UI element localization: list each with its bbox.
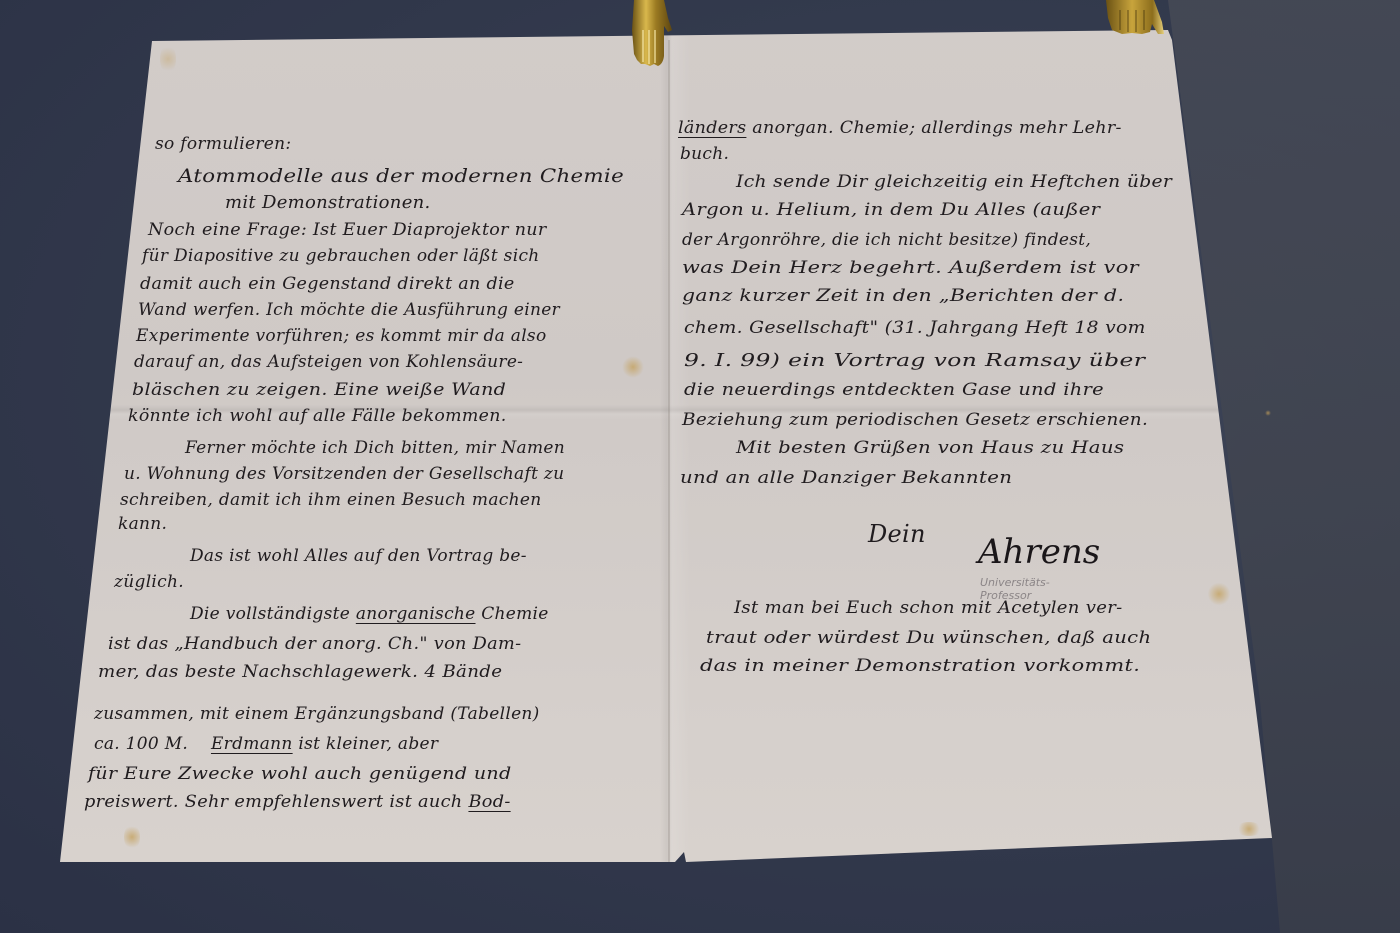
handwritten-line: und an alle Danziger Bekannten: [680, 468, 1012, 488]
handwritten-line: ganz kurzer Zeit in den „Berichten der d…: [682, 286, 1124, 306]
stain-spot: [622, 356, 644, 378]
handwritten-line: Argon u. Helium, in dem Du Alles (außer: [682, 200, 1100, 220]
handwritten-line: was Dein Herz begehrt. Außerdem ist vor: [682, 258, 1139, 278]
postscript-line: Ist man bei Euch schon mit Acetylen ver-: [734, 598, 1123, 618]
handwritten-line: Mit besten Grüßen von Haus zu Haus: [736, 438, 1124, 458]
stain-spot: [1208, 582, 1230, 606]
handwritten-line: könnte ich wohl auf alle Fälle bekommen.: [128, 406, 507, 426]
stain-spot: [1265, 410, 1271, 416]
handwritten-line: Noch eine Frage: Ist Euer Diaprojektor n…: [148, 220, 547, 240]
text-segment: Die vollständigste: [190, 604, 356, 624]
handwritten-line: für Diapositive zu gebrauchen oder läßt …: [142, 246, 540, 266]
handwritten-line: buch.: [680, 144, 729, 164]
handwritten-line: die neuerdings entdeckten Gase und ihre: [684, 380, 1104, 400]
text-segment: Chemie: [476, 604, 549, 624]
handwritten-line: u. Wohnung des Vorsitzenden der Gesellsc…: [124, 464, 564, 484]
underlined-word: Bod-: [468, 792, 510, 812]
underlined-word: länders: [678, 118, 746, 138]
handwritten-line: schreiben, damit ich ihm einen Besuch ma…: [120, 490, 541, 510]
brass-hand-clip-left-icon: [628, 0, 674, 68]
handwritten-line: 9. I. 99) ein Vortrag von Ramsay über: [684, 350, 1145, 371]
handwritten-line: so formulieren:: [155, 134, 291, 154]
handwritten-line: Das ist wohl Alles auf den Vortrag be-: [190, 546, 527, 566]
handwritten-line: bläschen zu zeigen. Eine weiße Wand: [132, 380, 506, 400]
handwritten-line: züglich.: [114, 572, 184, 592]
handwritten-line: Ich sende Dir gleichzeitig ein Heftchen …: [736, 172, 1172, 192]
text-segment: ca. 100 M.: [94, 734, 211, 754]
handwritten-line: Beziehung zum periodischen Gesetz erschi…: [682, 410, 1148, 430]
handwritten-line: damit auch ein Gegenstand direkt an die: [140, 274, 515, 294]
handwritten-line: Die vollständigste anorganische Chemie: [190, 604, 549, 624]
handwritten-line: mer, das beste Nachschlagewerk. 4 Bände: [98, 662, 502, 682]
stain-spot: [124, 824, 140, 850]
postscript-line: traut oder würdest Du wünschen, daß auch: [706, 628, 1151, 648]
handwritten-line: der Argonröhre, die ich nicht besitze) f…: [682, 230, 1091, 250]
underlined-word: Erdmann: [211, 734, 293, 754]
handwritten-line: Atommodelle aus der modernen Chemie: [178, 165, 624, 187]
handwritten-line: für Eure Zwecke wohl auch genügend und: [88, 764, 512, 784]
handwritten-line: darauf an, das Aufsteigen von Kohlensäur…: [134, 352, 523, 372]
signature: Ahrens: [978, 532, 1100, 572]
handwritten-line: chem. Gesellschaft" (31. Jahrgang Heft 1…: [684, 318, 1146, 338]
handwritten-line: mit Demonstrationen.: [225, 192, 431, 213]
stain-spot: [160, 44, 176, 74]
underlined-word: anorganische: [356, 604, 476, 624]
text-segment: ist kleiner, aber: [293, 734, 439, 754]
center-fold: [668, 40, 670, 862]
handwritten-line: Wand werfen. Ich möchte die Ausführung e…: [138, 300, 560, 320]
closing: Dein: [868, 520, 926, 548]
handwritten-line: ist das „Handbuch der anorg. Ch." von Da…: [108, 634, 521, 654]
brass-hand-clip-right-icon: [1102, 0, 1164, 40]
stain-spot: [1236, 822, 1262, 836]
text-segment: preiswert. Sehr empfehlenswert ist auch: [84, 792, 468, 812]
handwritten-line: ca. 100 M. Erdmann ist kleiner, aber: [94, 734, 438, 754]
handwritten-line: länders anorgan. Chemie; allerdings mehr…: [678, 118, 1122, 138]
handwritten-line: Ferner möchte ich Dich bitten, mir Namen: [185, 438, 565, 458]
handwritten-line: Experimente vorführen; es kommt mir da a…: [136, 326, 547, 346]
handwritten-line: zusammen, mit einem Ergänzungsband (Tabe…: [94, 704, 540, 724]
text-segment: anorgan. Chemie; allerdings mehr Lehr-: [746, 118, 1121, 138]
handwritten-line: kann.: [118, 514, 167, 534]
postscript-line: das in meiner Demonstration vorkommt.: [700, 656, 1140, 676]
handwritten-line: preiswert. Sehr empfehlenswert ist auch …: [84, 792, 511, 812]
